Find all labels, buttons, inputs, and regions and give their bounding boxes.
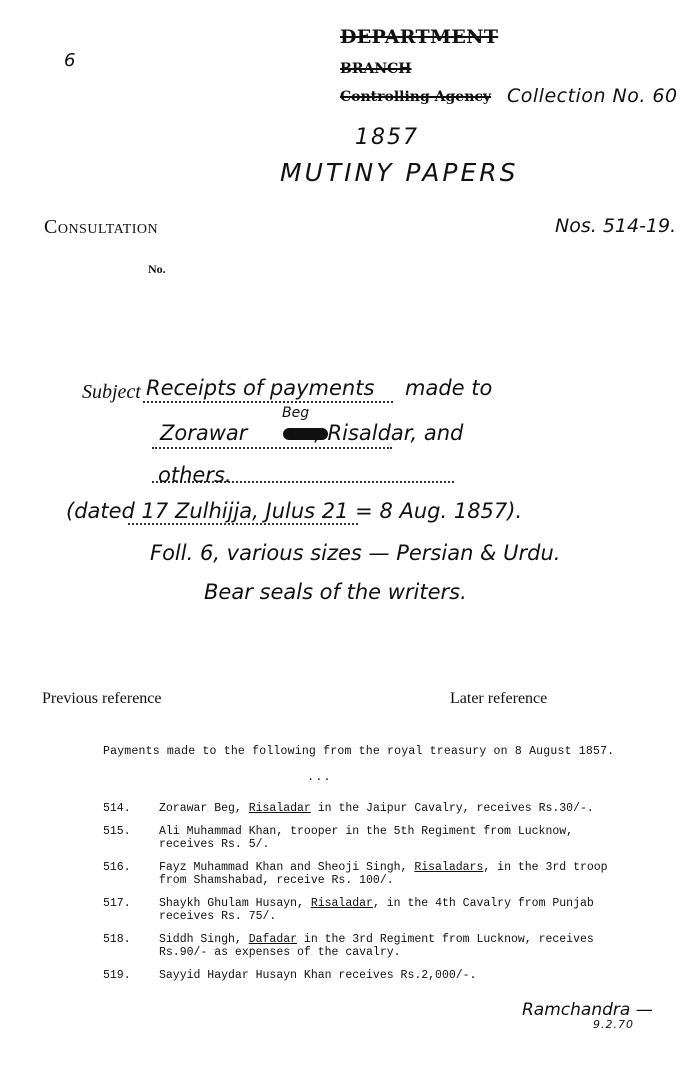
summary-intro: Payments made to the following from the …: [103, 745, 614, 758]
controlling-agency-heading: Controlling Agency: [340, 89, 491, 105]
entry-number: 516.: [103, 861, 159, 887]
scribbled-out-word: [283, 428, 328, 440]
branch-heading: BRANCH: [340, 61, 412, 77]
entry-text: Zorawar Beg, Risaladar in the Jaipur Cav…: [159, 802, 663, 815]
entry-text: Siddh Singh, Dafadar in the 3rd Regiment…: [159, 933, 663, 959]
subject-dotted-line: [143, 401, 393, 403]
subject-label: Subject: [82, 381, 141, 404]
collection-note: Collection No. 60: [507, 85, 678, 107]
collection-title: MUTINY PAPERS: [280, 158, 518, 187]
entry-number: 515.: [103, 825, 159, 851]
seals-note: Bear seals of the writers.: [204, 580, 467, 604]
entry-number: 514.: [103, 802, 159, 815]
entry-text: Ali Muhammad Khan, trooper in the 5th Re…: [159, 825, 663, 851]
subject-inserted-word: Beg: [282, 405, 309, 421]
list-item: 515.Ali Muhammad Khan, trooper in the 5t…: [103, 825, 663, 851]
page-marker: 6: [64, 50, 75, 71]
entry-number: 519.: [103, 969, 159, 982]
subject-line-3: others.: [158, 463, 232, 487]
note-dotted-line: [128, 523, 358, 525]
entry-text: Fayz Muhammad Khan and Sheoji Singh, Ris…: [159, 861, 663, 887]
consultation-label: Consultation: [44, 216, 158, 239]
entry-number: 517.: [103, 897, 159, 923]
list-item: 519.Sayyid Haydar Husayn Khan receives R…: [103, 969, 663, 982]
year-note: 1857: [355, 125, 419, 150]
department-heading: DEPARTMENT: [340, 26, 498, 48]
underlined-title: Risaladars: [414, 861, 483, 874]
entry-list: 514.Zorawar Beg, Risaladar in the Jaipur…: [103, 802, 663, 992]
consultation-numbers: Nos. 514-19.: [555, 215, 676, 237]
number-label: No.: [148, 262, 166, 277]
underlined-title: Risaladar: [249, 802, 311, 815]
previous-reference-label: Previous reference: [42, 690, 162, 708]
list-item: 516.Fayz Muhammad Khan and Sheoji Singh,…: [103, 861, 663, 887]
subject-line-1a: Receipts of payments: [146, 376, 374, 400]
subject-line-1b: made to: [405, 376, 492, 400]
entry-text: Sayyid Haydar Husayn Khan receives Rs.2,…: [159, 969, 663, 982]
list-item: 514.Zorawar Beg, Risaladar in the Jaipur…: [103, 802, 663, 815]
list-item: 517.Shaykh Ghulam Husayn, Risaladar, in …: [103, 897, 663, 923]
later-reference-label: Later reference: [450, 690, 547, 708]
subject-dotted-line: [152, 447, 392, 449]
signature-date: 9.2.70: [593, 1018, 634, 1031]
entry-text: Shaykh Ghulam Husayn, Risaladar, in the …: [159, 897, 663, 923]
summary-ellipsis: ...: [307, 770, 332, 784]
date-note: (dated 17 Zulhijja, Julus 21 = 8 Aug. 18…: [66, 499, 522, 523]
folio-note: Foll. 6, various sizes — Persian & Urdu.: [150, 541, 560, 565]
list-item: 518.Siddh Singh, Dafadar in the 3rd Regi…: [103, 933, 663, 959]
underlined-title: Dafadar: [249, 933, 297, 946]
signature: Ramchandra —: [522, 1000, 653, 1020]
underlined-title: Risaladar: [311, 897, 373, 910]
entry-number: 518.: [103, 933, 159, 959]
